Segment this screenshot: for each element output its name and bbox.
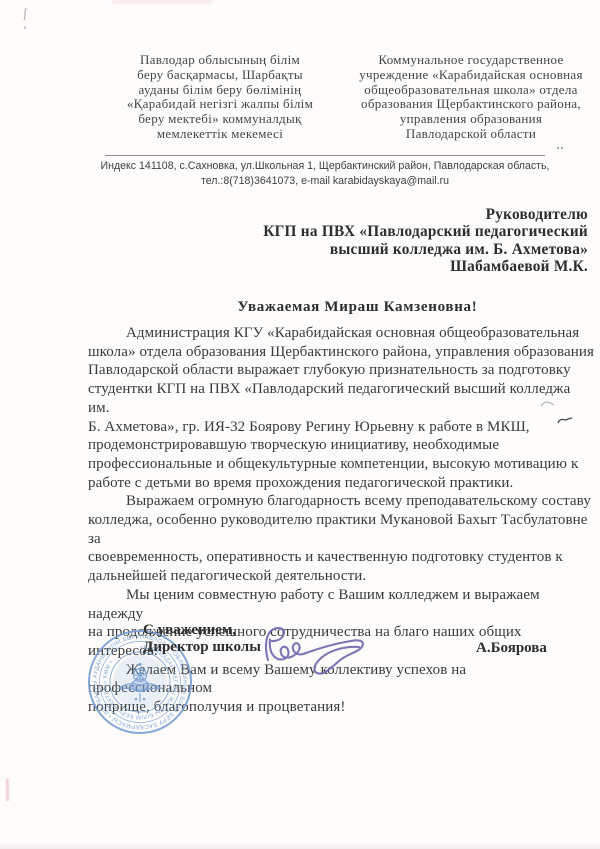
paragraph-2: Выражаем огромную благодарность всему пр… [88, 492, 594, 586]
scan-edge-shadow [0, 842, 600, 849]
scan-artifact-top-left-mark [18, 6, 38, 34]
kazakhstan-emblem-icon [113, 655, 167, 709]
salutation: Уважаемая Мираш Камзеновна! [88, 299, 593, 316]
signer-name: А.Боярова [476, 640, 547, 657]
paragraph-1: Администрация КГУ «Карабидайская основна… [88, 324, 594, 492]
letterhead-org-russian: Коммунальное государственное учреждение … [348, 53, 594, 142]
letterhead-divider [105, 155, 545, 156]
letterhead-org-kazakh: Павлодар облысының білім беру басқармасы… [100, 53, 340, 142]
scan-artifact-rule-dots [557, 147, 559, 149]
scanned-letter-page: Павлодар облысының білім беру басқармасы… [0, 0, 600, 849]
recipient-block: Руководителю КГП на ПВХ «Павлодарский пе… [88, 206, 588, 275]
closing-block: С уважением, Директор школы [143, 622, 261, 656]
handwritten-signature [258, 620, 388, 682]
letterhead-address: Индекс 141108, с.Сахновка, ул.Школьная 1… [75, 159, 575, 188]
scan-artifact-top-smudge [112, 0, 212, 3]
scan-artifact-left-pink-line [6, 779, 9, 801]
